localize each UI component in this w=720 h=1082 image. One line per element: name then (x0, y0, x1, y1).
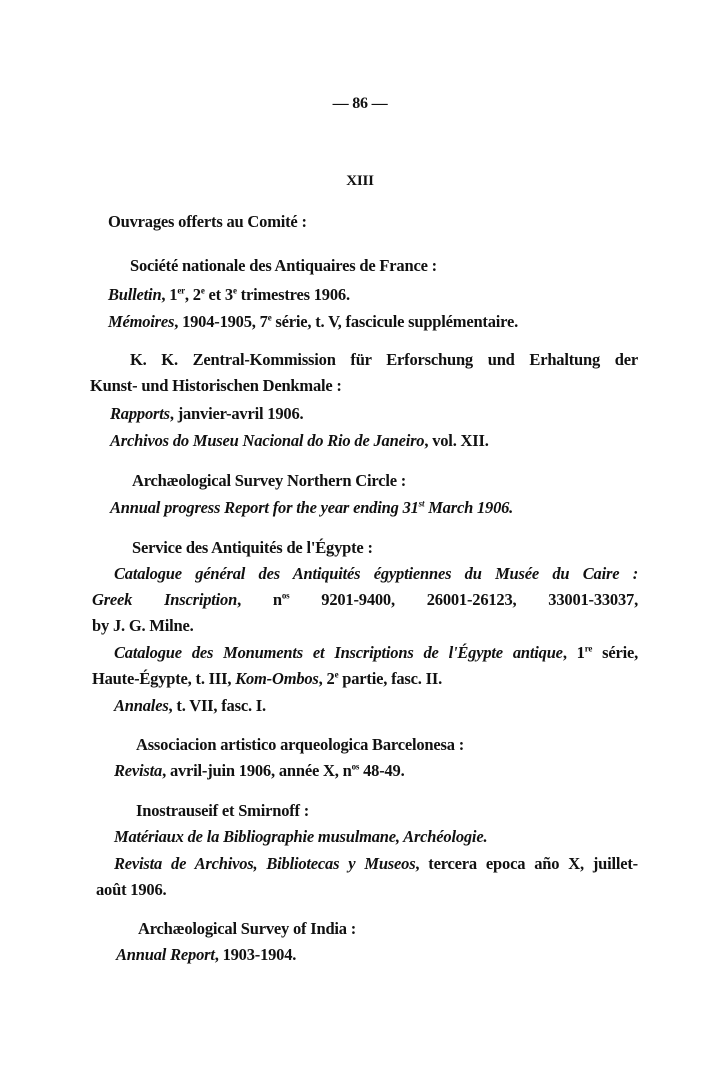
donor-zentral-kommission-line1: K. K. Zentral-Kommission für Erforschung… (130, 350, 638, 370)
donor-societe-antiquaires: Société nationale des Antiquaires de Fra… (130, 256, 437, 276)
entry-annales: Annales, t. VII, fasc. I. (114, 696, 266, 716)
entry-title: Revista (114, 761, 162, 780)
entry-rapports: Rapports, janvier-avril 1906. (110, 404, 303, 424)
entry-title: Annales (114, 696, 169, 715)
entry-title: Rapports (110, 404, 170, 423)
intro-heading: Ouvrages offerts au Comité : (108, 212, 307, 232)
entry-title: Archivos do Museu Nacional do Rio de Jan… (110, 431, 424, 450)
donor-zentral-kommission-line2: Kunst- und Historischen Denkmale : (90, 376, 342, 396)
entry-revista-archivos-line1: Revista de Archivos, Bibliotecas y Museo… (114, 854, 638, 874)
entry-revista-barcelonesa: Revista, avril-juin 1906, année X, nos 4… (114, 761, 405, 781)
entry-archivos-museu: Archivos do Museu Nacional do Rio de Jan… (110, 431, 489, 451)
entry-title: Catalogue des Monuments et Inscriptions … (114, 643, 563, 662)
entry-annual-report: Annual Report, 1903-1904. (116, 945, 296, 965)
entry-title: Revista de Archivos, Bibliotecas y Museo… (114, 854, 415, 873)
donor-associacion-barcelonesa: Associacion artistico arqueologica Barce… (136, 735, 464, 755)
section-numeral: XIII (0, 171, 720, 191)
entry-revista-archivos-line2: août 1906. (96, 880, 166, 900)
entry-catalogue-monuments-line1: Catalogue des Monuments et Inscriptions … (114, 643, 638, 663)
entry-catalogue-general-line2: Greek Inscription, nos 9201-9400, 26001-… (92, 590, 638, 610)
entry-title: Bulletin (108, 285, 161, 304)
entry-title: Mémoires (108, 312, 174, 331)
entry-catalogue-general-line3: by J. G. Milne. (92, 616, 194, 636)
entry-memoires: Mémoires, 1904-1905, 7e série, t. V, fas… (108, 312, 518, 332)
page-number: — 86 — (0, 94, 720, 114)
entry-bulletin: Bulletin, 1er, 2e et 3e trimestres 1906. (108, 285, 350, 305)
entry-title: Kom-Ombos (235, 669, 318, 688)
entry-materiaux-bibliographie: Matériaux de la Bibliographie musulmane,… (114, 827, 487, 847)
entry-catalogue-general-line1: Catalogue général des Antiquités égyptie… (114, 564, 638, 584)
entry-title: Annual Report (116, 945, 215, 964)
donor-service-antiquites-egypte: Service des Antiquités de l'Égypte : (132, 538, 373, 558)
entry-annual-progress-report: Annual progress Report for the year endi… (110, 498, 513, 518)
donor-archaeological-survey-india: Archæological Survey of India : (138, 919, 356, 939)
entry-title: Greek Inscription (92, 590, 237, 609)
entry-catalogue-monuments-line2: Haute-Égypte, t. III, Kom-Ombos, 2e part… (92, 669, 442, 689)
donor-archaeological-survey-northern-circle: Archæological Survey Northern Circle : (132, 471, 406, 491)
donor-inostrauseif-smirnoff: Inostrauseif et Smirnoff : (136, 801, 309, 821)
document-page: — 86 — XIII Ouvrages offerts au Comité :… (0, 0, 720, 1082)
